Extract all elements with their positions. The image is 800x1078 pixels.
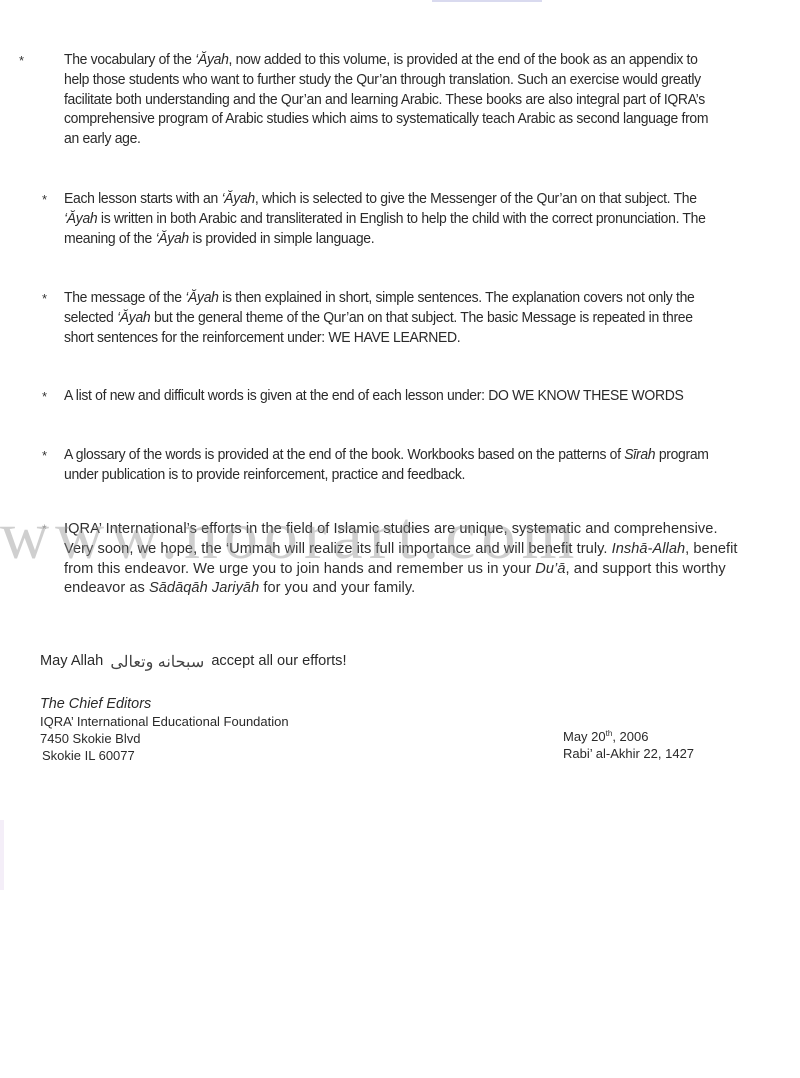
text-run: A glossary of the words is provided at t… — [64, 446, 624, 463]
text-run: but the general theme of the Qur’an on t… — [64, 309, 693, 346]
hijri-date: Rabi’ al-Akhir 22, 1427 — [563, 745, 694, 762]
paragraph-text: Each lesson starts with an ‘Ăyah, which … — [64, 189, 725, 248]
paragraph-text: A glossary of the words is provided at t… — [64, 445, 725, 485]
arabic-honorific-glyph: سبحانه وتعالى — [110, 652, 204, 672]
italic-term: Sādāqāh Jariyāh — [149, 580, 259, 596]
closing-after: accept all our efforts! — [211, 653, 346, 669]
bullet-asterisk: * — [42, 446, 47, 466]
paragraph-lesson-ayah: * Each lesson starts with an ‘Ăyah, whic… — [64, 189, 724, 248]
paragraph-word-list: * A list of new and difficult words is g… — [64, 386, 724, 406]
signature-address-1: 7450 Skokie Blvd — [40, 730, 289, 747]
paragraph-vocabulary: * The vocabulary of the ‘Ăyah, now added… — [64, 50, 724, 149]
italic-term: ‘Ăyah — [64, 210, 97, 227]
closing-before: May Allah — [40, 653, 103, 669]
paragraph-text: The vocabulary of the ‘Ăyah, now added t… — [64, 50, 725, 149]
italic-term: ‘Ăyah — [155, 230, 188, 247]
bullet-asterisk: * — [19, 51, 24, 71]
signature-title: The Chief Editors — [40, 695, 289, 713]
italic-term: ‘Ăyah — [117, 309, 150, 326]
text-run: is provided in simple language. — [189, 230, 374, 247]
italic-term: ‘Ăyah — [222, 190, 255, 207]
paragraph-text: The message of the ‘Ăyah is then explain… — [64, 288, 725, 347]
signature-address-2: Skokie IL 60077 — [40, 747, 289, 764]
signature-block: The Chief Editors IQRA’ International Ed… — [40, 695, 289, 764]
signature-org: IQRA’ International Educational Foundati… — [40, 713, 289, 730]
italic-term: Sīrah — [624, 446, 655, 463]
paragraph-text: IQRA’ International’s efforts in the fie… — [64, 521, 738, 596]
italic-term: ‘Ăyah — [185, 289, 218, 306]
bullet-asterisk: * — [42, 520, 47, 540]
text-run: for you and your family. — [259, 580, 415, 596]
paragraph-message: * The message of the ‘Ăyah is then expla… — [64, 288, 724, 347]
bullet-asterisk: * — [42, 387, 47, 407]
italic-term: ‘Ăyah — [195, 51, 228, 68]
bullet-asterisk: * — [42, 190, 47, 210]
text-run: Each lesson starts with an — [64, 190, 222, 207]
scan-edge-mark — [0, 820, 4, 890]
italic-term: Inshā-Allah — [612, 541, 686, 557]
paragraph-text: A list of new and difficult words is giv… — [64, 386, 725, 406]
paragraph-iqra-efforts: * IQRA’ International’s efforts in the f… — [64, 520, 744, 599]
closing-line: May Allah سبحانه وتعالى accept all our e… — [40, 652, 347, 672]
text-run: A list of new and difficult words is giv… — [64, 387, 683, 404]
text-run: , which is selected to give the Messenge… — [255, 190, 697, 207]
scan-edge-mark — [432, 0, 542, 2]
gregorian-date: May 20th, 2006 — [563, 728, 694, 745]
date-year: , 2006 — [612, 729, 648, 744]
dates-block: May 20th, 2006 Rabi’ al-Akhir 22, 1427 — [563, 728, 694, 762]
italic-term: Du’ā — [535, 561, 565, 577]
bullet-asterisk: * — [42, 289, 47, 309]
text-run: The vocabulary of the — [64, 51, 195, 68]
paragraph-glossary: * A glossary of the words is provided at… — [64, 445, 724, 485]
text-run: The message of the — [64, 289, 185, 306]
date-text: May 20 — [563, 729, 606, 744]
